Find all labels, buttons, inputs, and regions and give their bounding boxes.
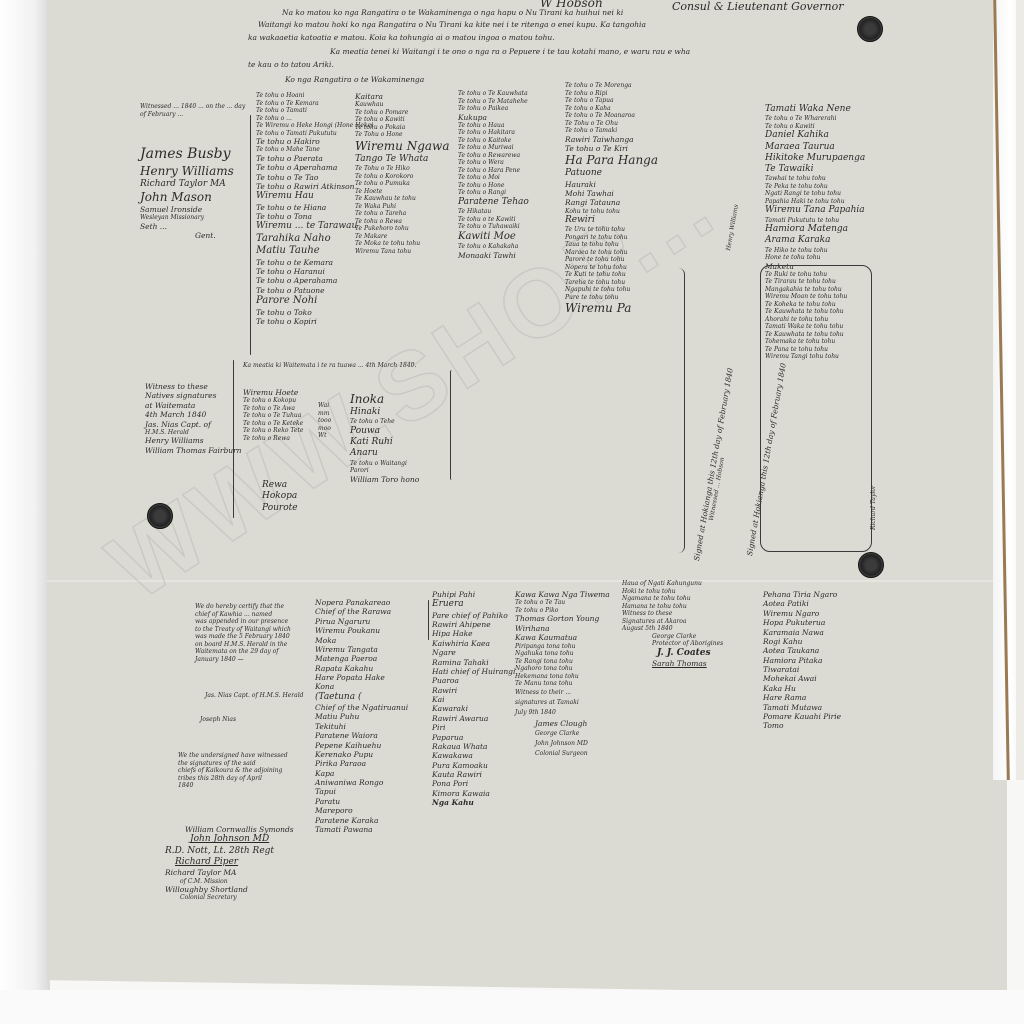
- signature-entry: Nopera Panakareao: [315, 598, 408, 607]
- signature-entry: Te Waka Puhi: [355, 203, 449, 211]
- signature-entry: August 5th 1840: [622, 625, 723, 633]
- wax-seal-icon: [858, 552, 884, 578]
- top-left-signatures: James Busby Henry Williams Richard Taylo…: [140, 146, 234, 240]
- signature-entry: Rawiri Awarua: [432, 714, 515, 723]
- waitemata-names-left: Wiremu Hoete Te tohu o Kokopu Te tohu o …: [243, 388, 303, 442]
- signature-entry: Te Manu tona tohu: [515, 680, 610, 688]
- signature-entry: Paparua: [432, 733, 515, 742]
- signature-entry: Rakaua Whata: [432, 742, 515, 751]
- signature-entry: Witness to these: [622, 610, 723, 618]
- wax-seal-icon: [857, 16, 883, 42]
- signature-entry: Hokopa: [262, 491, 298, 502]
- signature-entry: Sarah Thomas: [622, 659, 723, 668]
- certificate-line: was made the 5 February 1840: [195, 633, 291, 641]
- witness-note: Witnessed ... 1840 ... on the ... day of…: [140, 103, 250, 118]
- signature-entry: Hoki te tohu tohu: [622, 588, 723, 596]
- subheading: Ko nga Rangatira o te Wakaminenga: [285, 75, 424, 84]
- signature-entry: Ngati Rangi te tohu tohu: [765, 190, 865, 198]
- signature-entry: Puhipi Pahi: [432, 590, 515, 599]
- header-line-2: Waitangi ko matou hoki ko nga Rangatira …: [258, 20, 646, 29]
- signature-entry: Parori: [350, 467, 419, 475]
- signature-entry: Tamati Pawana: [315, 825, 408, 834]
- signature-entry: (Taetuna (: [315, 692, 408, 703]
- sheet-fold-line: [47, 580, 1007, 582]
- signature-entry: Kawa Kaumatua: [515, 633, 610, 642]
- signature-entry: Te tohu o Te Tau: [515, 599, 610, 607]
- signature-entry: Colonial Surgeon: [515, 749, 610, 759]
- signature-entry: Tamati Pukututu te tohu: [765, 217, 865, 225]
- moko-mark: moo: [318, 425, 331, 433]
- signature-entry: Inoka: [350, 392, 419, 407]
- signature-entry: George Clarke: [622, 633, 723, 641]
- bottom-signature-column-1: Nopera Panakareao Chief of the Rarawa Pi…: [315, 598, 408, 834]
- signature-entry: Te tohu o Tapua: [565, 97, 658, 105]
- bottom-signature-column-5: Pehana Tiria Ngaro Aotea Patiki Wiremu N…: [763, 590, 841, 731]
- signature-entry: Hinaki: [350, 407, 419, 418]
- signature-entry: Hipa Hake: [432, 629, 515, 638]
- signature-entry: Tomo: [763, 721, 841, 730]
- signature-entry: Te tohu o Te Moanaroa: [565, 112, 658, 120]
- signature: Samuel Ironside: [140, 205, 234, 214]
- signature-entry: Witness to their ...: [515, 688, 610, 698]
- signature-entry: Hare Popata Hake: [315, 673, 408, 682]
- signature: John Johnson MD: [165, 834, 294, 845]
- signature-entry: Tawhai te tohu tohu: [765, 175, 865, 183]
- kaikoura-witness-signatures: William Cornwallis Symonds John Johnson …: [165, 825, 294, 902]
- signature-entry: Maraea Taurua: [765, 142, 865, 153]
- signature-entry: Te Tawaiki: [765, 164, 865, 175]
- signature-entry: Tamati Waka Nene: [765, 104, 865, 115]
- signature: of C.M. Mission: [165, 878, 294, 886]
- signature-entry: Aotea Patiki: [763, 599, 841, 608]
- signature-entry: Te tohu o Ripi: [565, 90, 658, 98]
- signature-entry: Kawiti Moe: [458, 231, 529, 244]
- signature-entry: Pepene Kaihuehu: [315, 741, 408, 750]
- signature-entry: Te tohu o Kopiri: [256, 317, 373, 326]
- signature-column-3: Te tohu o Te Kauwhata Te tohu o Te Matah…: [458, 90, 529, 260]
- signature-entry: Aotea Taukana: [763, 646, 841, 655]
- signature-entry: Rewa: [262, 480, 298, 491]
- signature-entry: Mohekai Awai: [763, 674, 841, 683]
- certificate-signature: Joseph Nias: [200, 716, 236, 724]
- signature-entry: Te Rangi tona tohu: [515, 658, 610, 666]
- signature-column-4: Te tohu o Te Morenga Te tohu o Ripi Te t…: [565, 82, 658, 316]
- signature-entry: Hekemana tona tohu: [515, 673, 610, 681]
- signature-entry: Kati Ruhi: [350, 437, 419, 448]
- signature-entry: Monaaki Tawhi: [458, 251, 529, 260]
- signature-entry: J. J. Coates: [622, 648, 723, 659]
- signature-entry: Te tohu o Piko: [515, 607, 610, 615]
- signature-entry: Kona: [315, 682, 408, 691]
- header-line-3: ka wakaaetia katoatia e matou. Koia ka t…: [248, 33, 555, 42]
- signature-entry: Te tohu o Kahakaha: [458, 243, 529, 251]
- signature-entry: Kerenako Pupu: [315, 750, 408, 759]
- waitemata-heading: Ka meatia ki Waitemata i te ra tuawa ...…: [243, 362, 416, 370]
- signature-entry: Rogi Kahu: [763, 637, 841, 646]
- signature-entry: Pouwa: [350, 426, 419, 437]
- waitemata-names-bottom: Rewa Hokopa Pourote: [262, 480, 298, 514]
- signature-entry: Hamana te tohu tohu: [622, 603, 723, 611]
- waitemata-witness-note: Witness to these Natives signatures at W…: [145, 382, 242, 455]
- signature-entry: Te tohu o Pumuka: [355, 180, 449, 188]
- certificate-line: was appended in our presence: [195, 618, 291, 626]
- signature-entry: Te tohu o Reko Tete: [243, 427, 303, 435]
- signature-entry: Eruera: [432, 599, 515, 610]
- signature-entry: Parore te tohu tohu: [565, 256, 658, 264]
- signature-entry: Pura Kamoaku: [432, 761, 515, 770]
- moko-mark: Wt: [318, 432, 331, 440]
- signature-entry: Ngare: [432, 648, 515, 657]
- signature: R.D. Nott, Lt. 28th Regt: [165, 846, 294, 857]
- signature-entry: Te tohu o te Kemara: [256, 258, 373, 267]
- signature-entry: Ngahuka tona tohu: [515, 650, 610, 658]
- signature-entry: Paratene Tehao: [458, 197, 529, 208]
- signature-entry: Rangi Tatauna: [565, 198, 658, 207]
- signature-entry: Paratu: [315, 797, 408, 806]
- signature-entry: Kohu te tohu tohu: [565, 208, 658, 216]
- certificate-line: 1840: [178, 782, 288, 790]
- signature-entry: Te tohu o Muriwai: [458, 144, 529, 152]
- signature-entry: Chief of the Ngatiruanui: [315, 703, 408, 712]
- bottom-signature-column-2: Puhipi Pahi Eruera Pare chief of Pahiko …: [432, 590, 515, 808]
- signature-entry: Wiremu Tangata: [315, 645, 408, 654]
- certificate-line: the signatures of the said: [178, 760, 288, 768]
- signature-entry: Te tohu o Moi: [458, 174, 529, 182]
- signature-entry: Te tohu o Rangi: [458, 189, 529, 197]
- certificate-line: chiefs of Kaikoura & the adjoining: [178, 767, 288, 775]
- signature-box: [760, 265, 872, 552]
- signature-entry: Hamiora Pitaka: [763, 656, 841, 665]
- signature-entry: Te tohu o Tuhawaiki: [458, 223, 529, 231]
- signature-entry: George Clarke: [515, 729, 610, 739]
- bracket-line: [672, 268, 685, 553]
- consul-signature: W Hobson: [540, 0, 603, 11]
- signature-entry: Hikitoke Murupaenga: [765, 153, 865, 164]
- signature: Willoughby Shortland: [165, 885, 294, 894]
- signature-entry: Te tohu o Toko: [256, 308, 373, 317]
- signature-entry: Te tohu o Rewarewa: [458, 152, 529, 160]
- certificate-line: tribes this 28th day of April: [178, 775, 288, 783]
- signature-entry: Te Tohu o Te Ohu: [565, 120, 658, 128]
- signature-entry: Te Makare: [355, 233, 449, 241]
- signature-entry: Te tohu o Te Wharerahi: [765, 115, 865, 123]
- signature-entry: Pehana Tiria Ngaro: [763, 590, 841, 599]
- header-line-4: Ka meatia tenei ki Waitangi i te ono o n…: [330, 47, 690, 56]
- signature-entry: Parore Nohi: [256, 295, 373, 308]
- signature-entry: Paratene Waiora: [315, 731, 408, 740]
- signature: Henry Williams: [140, 164, 234, 179]
- signature-entry: Te tohu o Korokoro: [355, 173, 449, 181]
- signature-entry: Wiremu Ngaro: [763, 609, 841, 618]
- signature-entry: Ramina Tahaki: [432, 658, 515, 667]
- signature-entry: Pomare Kauahi Pirie: [763, 712, 841, 721]
- signature-entry: Te tohu o Hakitara: [458, 129, 529, 137]
- signature-entry: Te Peka te tohu tohu: [765, 183, 865, 191]
- signature-entry: Te Pukehoro tohu: [355, 225, 449, 233]
- signature-entry: Matiu Puhu: [315, 712, 408, 721]
- signature-entry: Te tohu o Hone: [458, 182, 529, 190]
- signature-entry: Te tohu o Aperahama: [256, 276, 373, 285]
- note-line: Witness to these: [145, 382, 242, 391]
- signature-entry: Wiremu Tana tohu: [355, 248, 449, 256]
- signature-entry: Rapata Kakahu: [315, 664, 408, 673]
- note-line: Henry Williams: [145, 436, 242, 445]
- signature-entry: Te Tohu o Hone: [355, 131, 449, 139]
- signature-entry: Karamaia Nawa: [763, 628, 841, 637]
- signature-entry: Piripanga tona tohu: [515, 643, 610, 651]
- signature-entry: July 9th 1840: [515, 708, 610, 718]
- signature: Richard Taylor MA: [140, 179, 234, 190]
- signature-entry: Te Uru te tohu tohu: [565, 226, 658, 234]
- signature: Seth ...: [140, 222, 234, 231]
- signature-entry: Wiremu Ngawa: [355, 139, 449, 154]
- signature-entry: Te tohu o Rewa: [243, 435, 303, 443]
- herald-certificate: We do hereby certify that the chief of K…: [195, 603, 291, 663]
- left-page-shadow: [0, 0, 50, 1024]
- signature-entry: Nga Kahu: [432, 798, 515, 807]
- signature-entry: Pourote: [262, 503, 298, 514]
- certificate-line: chief of Kawhia ... named: [195, 611, 291, 619]
- signature-entry: Te tohu o Te Kiri: [565, 144, 658, 153]
- signature-entry: Te tohu o Te Awa: [243, 405, 303, 413]
- note-line: 4th March 1840: [145, 410, 242, 419]
- signature-entry: Mohi Tawhai: [565, 189, 658, 198]
- moko-mark: mm: [318, 410, 331, 418]
- signature-entry: Te tohu o Kaitoke: [458, 137, 529, 145]
- vertical-note: Richard Taylor: [870, 485, 878, 530]
- signature-entry: Te Hiko te tohu tohu: [765, 247, 865, 255]
- signature-entry: Pongari te tohu tohu: [565, 234, 658, 242]
- signature-entry: Wiremu Tana Papahia: [765, 205, 865, 216]
- signature-entry: Te tohu o Pokaia: [355, 124, 449, 132]
- note-line: at Waitemata: [145, 401, 242, 410]
- certificate-line: We the undersigned have witnessed: [178, 752, 288, 760]
- certificate-line: on board H.M.S. Herald in the: [195, 641, 291, 649]
- bracket-line: [250, 115, 251, 355]
- signature-entry: Daniel Kahika: [765, 130, 865, 141]
- signature-entry: Te tohu o Tehe: [350, 418, 419, 426]
- signature: Gent.: [140, 231, 234, 240]
- signature-entry: Kimora Kawaia: [432, 789, 515, 798]
- bottom-signature-column-4: Haua of Ngati Kahungunu Hoki te tohu toh…: [622, 580, 723, 668]
- signature-entry: Kapa: [315, 769, 408, 778]
- waitemata-marks: Wai mm tooo moo Wt: [318, 402, 331, 440]
- signature-entry: Te tohu o Tamaki: [565, 127, 658, 135]
- moko-mark: tooo: [318, 417, 331, 425]
- signature-entry: Rawiri Taiwhanga: [565, 135, 658, 144]
- signature-entry: Hamiora Matenga: [765, 224, 865, 235]
- signature-entry: Te tohu o Rewa: [355, 218, 449, 226]
- consul-title: Consul & Lieutenant Governor: [672, 0, 844, 14]
- signature-entry: Rawiri: [432, 686, 515, 695]
- signature-entry: Wiremu Pa: [565, 301, 658, 316]
- signature-entry: Anaru: [350, 448, 419, 459]
- signature-entry: Kaka Hu: [763, 684, 841, 693]
- signature-entry: Rawiri Ahipene: [432, 620, 515, 629]
- signature: Colonial Secretary: [165, 894, 294, 902]
- signature-entry: Paratene Karaka: [315, 816, 408, 825]
- signature-entry: Aniwaniwa Rongo: [315, 778, 408, 787]
- signature-entry: Maraea te tohu tohu: [565, 249, 658, 257]
- note-line: H.M.S. Herald: [145, 429, 242, 437]
- bottom-signature-column-3: Kawa Kawa Nga Tiwema Te tohu o Te Tau Te…: [515, 590, 610, 759]
- signature-entry: Pure te tohu tohu: [565, 294, 658, 302]
- signature-entry: Kauta Rawiri: [432, 770, 515, 779]
- signature-entry: Te tohu o Haranui: [256, 267, 373, 276]
- signature-entry: Thomas Gorton Young: [515, 614, 610, 623]
- signature-entry: Te tohu o te Kawiti: [458, 216, 529, 224]
- signature-entry: Te tohu o Te Matahehe: [458, 98, 529, 106]
- signature-column-2: Kaitara Kauwhau Te tohu o Pomare Te tohu…: [355, 92, 449, 255]
- signature-entry: Kai: [432, 695, 515, 704]
- signature-entry: Te tohu o Haua: [458, 122, 529, 130]
- signature-entry: Pare chief of Pahiko: [432, 611, 515, 620]
- signature-entry: Kaitara: [355, 92, 449, 101]
- signature-entry: Hopa Pukuterua: [763, 618, 841, 627]
- signature-entry: Tekituhi: [315, 722, 408, 731]
- signature-entry: Tareha te tohu tohu: [565, 279, 658, 287]
- signature-entry: Ngamana te tohu tohu: [622, 595, 723, 603]
- signature-entry: Te tohu o Tareha: [355, 210, 449, 218]
- signature-entry: Moka: [315, 636, 408, 645]
- signature-entry: Te Kauwhau te tohu: [355, 195, 449, 203]
- signature-entry: Te tohu o Pomare: [355, 109, 449, 117]
- signature: William Cornwallis Symonds: [165, 825, 294, 834]
- signature-entry: Te tohu o Te Morenga: [565, 82, 658, 90]
- signature-entry: Hauraki: [565, 180, 658, 189]
- signature-entry: Tiwaratai: [763, 665, 841, 674]
- signature: John Mason: [140, 190, 234, 205]
- signature-entry: signatures at Tamaki: [515, 698, 610, 708]
- signature-entry: Kawaraki: [432, 704, 515, 713]
- signature-entry: Tango Te Whata: [355, 154, 449, 165]
- header-line-5: te kau o to tatou Ariki.: [248, 60, 334, 69]
- signature-entry: Wirihana: [515, 624, 610, 633]
- signature-entry: Kukupa: [458, 113, 529, 122]
- signature-entry: Arama Karaka: [765, 235, 865, 246]
- signature-entry: Kawakawa: [432, 751, 515, 760]
- signature-entry: Te tohu o Te Tuhua: [243, 412, 303, 420]
- signature-entry: Matenga Paeroa: [315, 654, 408, 663]
- signature-entry: Ngahoro tona tohu: [515, 665, 610, 673]
- signature-entry: Te tohu o Te Keteke: [243, 420, 303, 428]
- signature-entry: Te tohu o Kaha: [565, 105, 658, 113]
- signature-entry: Te tohu o Hara Pene: [458, 167, 529, 175]
- signature-entry: Hati chief of Huirangi: [432, 667, 515, 676]
- signature-entry: William Toro hono: [350, 475, 419, 484]
- kaikoura-certificate: We the undersigned have witnessed the si…: [178, 752, 288, 790]
- signature-entry: Te tohu o Wera: [458, 159, 529, 167]
- signature-entry: Puaroa: [432, 676, 515, 685]
- signature-entry: Signatures at Akaroa: [622, 618, 723, 626]
- signature-entry: Te Kuti te tohu tohu: [565, 271, 658, 279]
- signature-entry: Kauwhau: [355, 101, 449, 109]
- signature-entry: John Johnson MD: [515, 739, 610, 749]
- signature-entry: Tamati Mutawa: [763, 703, 841, 712]
- signature-entry: Te tohu o Kawiti: [765, 123, 865, 131]
- signature-entry: Taua te tohu tohu: [565, 241, 658, 249]
- signature: Richard Taylor MA: [165, 868, 294, 877]
- signature-entry: Pona Pori: [432, 779, 515, 788]
- signature-entry: James Clough: [515, 718, 610, 729]
- signature-entry: Mareporo: [315, 806, 408, 815]
- signature-entry: Te tohu o Patuone: [256, 286, 373, 295]
- signature-entry: Hare Rama: [763, 693, 841, 702]
- note-line: Jas. Nias Capt. of: [145, 420, 242, 429]
- signature: Richard Piper: [165, 857, 294, 868]
- wax-seal-icon: [147, 503, 173, 529]
- right-background: [1016, 0, 1024, 780]
- certificate-line: Waitemata on the 29 day of: [195, 648, 291, 656]
- bracket-line: [428, 600, 429, 640]
- signature-entry: Te Moka te tohu tohu: [355, 240, 449, 248]
- signature-entry: Nopera te tohu tohu: [565, 264, 658, 272]
- signature-entry: Te tohu o Kawiti: [355, 116, 449, 124]
- signature: Wesleyan Missionary: [140, 214, 234, 222]
- note-line: Natives signatures: [145, 391, 242, 400]
- signature-entry: Patuone: [565, 168, 658, 179]
- signature-entry: Te Hoete: [355, 188, 449, 196]
- bottom-background: [0, 990, 1024, 1024]
- signature-entry: Ngapuhi te tohu tohu: [565, 286, 658, 294]
- moko-mark: Wai: [318, 402, 331, 410]
- certificate-line: We do hereby certify that the: [195, 603, 291, 611]
- certificate-line: to the Treaty of Waitangi which: [195, 626, 291, 634]
- certificate-signature: Jas. Nias Capt. of H.M.S. Herald: [205, 692, 303, 700]
- signature-entry: Haua of Ngati Kahungunu: [622, 580, 723, 588]
- signature-entry: Tapui: [315, 787, 408, 796]
- signature-entry: Ha Para Hanga: [565, 153, 658, 168]
- signature-entry: Papahia Haki te tohu tohu: [765, 198, 865, 206]
- signature-entry: Te tohu o Kokopu: [243, 397, 303, 405]
- note-line: William Thomas Fairburn: [145, 446, 242, 455]
- signature-entry: Chief of the Rarawa: [315, 607, 408, 616]
- signature-entry: Pirika Paraoa: [315, 759, 408, 768]
- signature-entry: Te tohu o Waitangi: [350, 460, 419, 468]
- signature-entry: Protector of Aborigines: [622, 640, 723, 648]
- signature-entry: Te tohu o Te Kauwhata: [458, 90, 529, 98]
- signature-entry: Kawa Kawa Nga Tiwema: [515, 590, 610, 599]
- signature-entry: Wiremu Poukanu: [315, 626, 408, 635]
- certificate-line: January 1840 —: [195, 656, 291, 664]
- bracket-line: [450, 370, 454, 480]
- signature-entry: Kaiwhiria Kaea: [432, 639, 515, 648]
- signature-entry: Hone te tohu tohu: [765, 254, 865, 262]
- signature-entry: Wiremu Hoete: [243, 388, 303, 397]
- bracket-line: [233, 360, 234, 518]
- signature-entry: Te tohu o Paikea: [458, 105, 529, 113]
- waitemata-names-right: Inoka Hinaki Te tohu o Tehe Pouwa Kati R…: [350, 392, 419, 484]
- signature-entry: Te Tohu o Te Hiko: [355, 165, 449, 173]
- signature-entry: Piri: [432, 723, 515, 732]
- signature-entry: Pirua Ngaruru: [315, 617, 408, 626]
- signature-entry: Te Hikatau: [458, 208, 529, 216]
- signature-entry: Rewiri: [565, 215, 658, 226]
- signature: James Busby: [140, 146, 234, 164]
